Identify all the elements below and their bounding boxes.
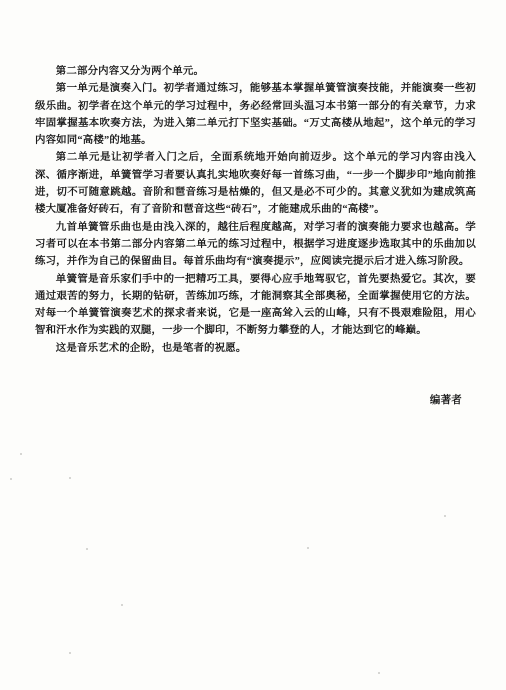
scan-speck (444, 515, 446, 517)
paragraph: 单簧管是音乐家们手中的一把精巧工具，要得心应手地驾驭它，首先要热爱它。其次，要通… (35, 271, 476, 340)
scan-speck (69, 477, 71, 479)
scan-speck (121, 604, 123, 606)
paragraph: 九首单簧管乐曲也是由浅入深的，越往后程度越高，对学习者的演奏能力要求也越高。学习… (35, 219, 476, 271)
scan-speck (20, 453, 22, 455)
scan-speck (86, 548, 88, 550)
author-signature: 编著者 (35, 392, 476, 409)
body-text: 第二部分内容又分为两个单元。 第一单元是演奏入门。初学者通过练习，能够基本掌握单… (35, 63, 476, 409)
paragraph: 第二部分内容又分为两个单元。 (35, 63, 476, 80)
paragraph: 这是音乐艺术的企盼，也是笔者的祝愿。 (35, 340, 476, 357)
paragraph: 第二单元是让初学者入门之后，全面系统地开始向前迈步。这个单元的学习内容由浅入深、… (35, 149, 476, 218)
scan-speck (378, 672, 380, 674)
paragraph: 第一单元是演奏入门。初学者通过练习，能够基本掌握单簧管演奏技能，并能演奏一些初级… (35, 80, 476, 149)
scan-speck (307, 547, 309, 549)
scan-speck (10, 478, 12, 480)
document-page: 第二部分内容又分为两个单元。 第一单元是演奏入门。初学者通过练习，能够基本掌握单… (0, 0, 506, 690)
scan-speck (69, 652, 71, 654)
